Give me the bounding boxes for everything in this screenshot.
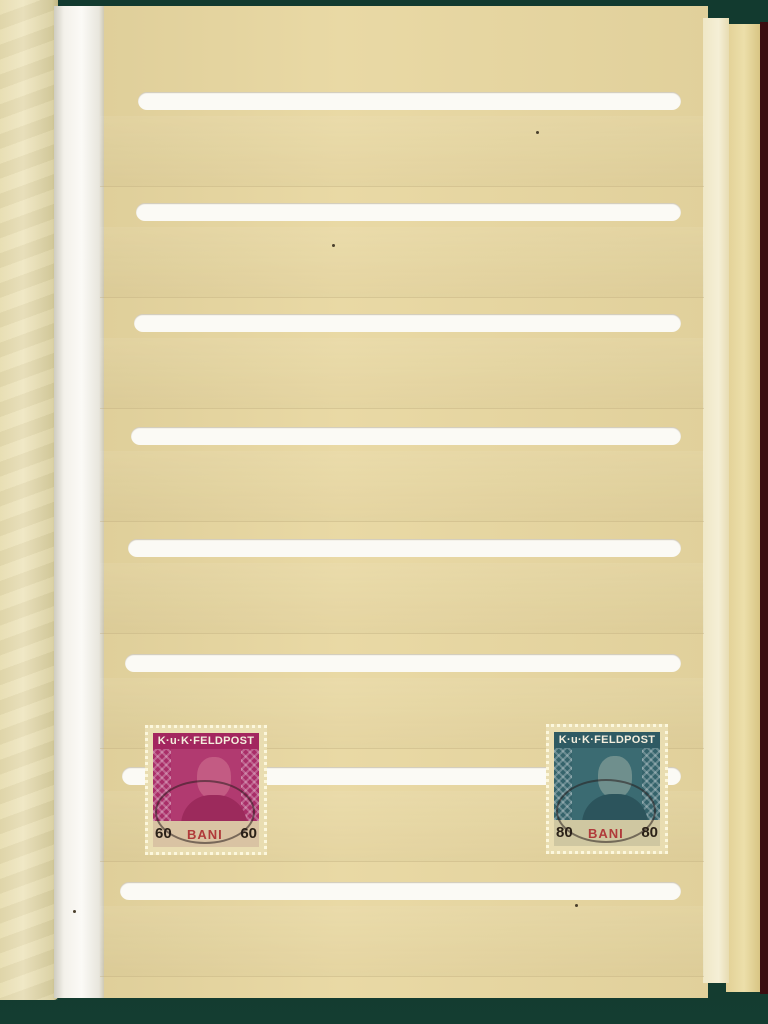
perforation xyxy=(546,724,668,854)
slot-opening xyxy=(131,427,681,445)
glassine-strip xyxy=(100,338,704,409)
speck xyxy=(332,244,335,247)
stamp-60-bani[interactable]: K·u·K·FELDPOST 60 BANI 60 xyxy=(145,725,267,855)
album-cover-edge xyxy=(760,22,768,994)
glassine-strip xyxy=(100,563,704,634)
page-right-strip xyxy=(703,18,729,983)
slot-opening xyxy=(136,203,681,221)
page-hinge xyxy=(54,6,104,998)
slot-opening xyxy=(120,882,681,900)
speck xyxy=(575,904,578,907)
speck xyxy=(536,131,539,134)
stamp-80-bani[interactable]: K·u·K·FELDPOST 80 BANI 80 xyxy=(546,724,668,854)
glassine-strip xyxy=(100,227,704,298)
speck xyxy=(73,910,76,913)
slot-opening xyxy=(128,539,681,557)
glassine-strip xyxy=(100,451,704,522)
perforation xyxy=(145,725,267,855)
slot-opening xyxy=(138,92,681,110)
slot-opening xyxy=(125,654,681,672)
glassine-strip xyxy=(100,906,704,977)
left-page-texture xyxy=(0,0,58,1000)
glassine-strip xyxy=(100,116,704,187)
back-page-edge xyxy=(726,24,762,992)
slot-opening xyxy=(134,314,681,332)
